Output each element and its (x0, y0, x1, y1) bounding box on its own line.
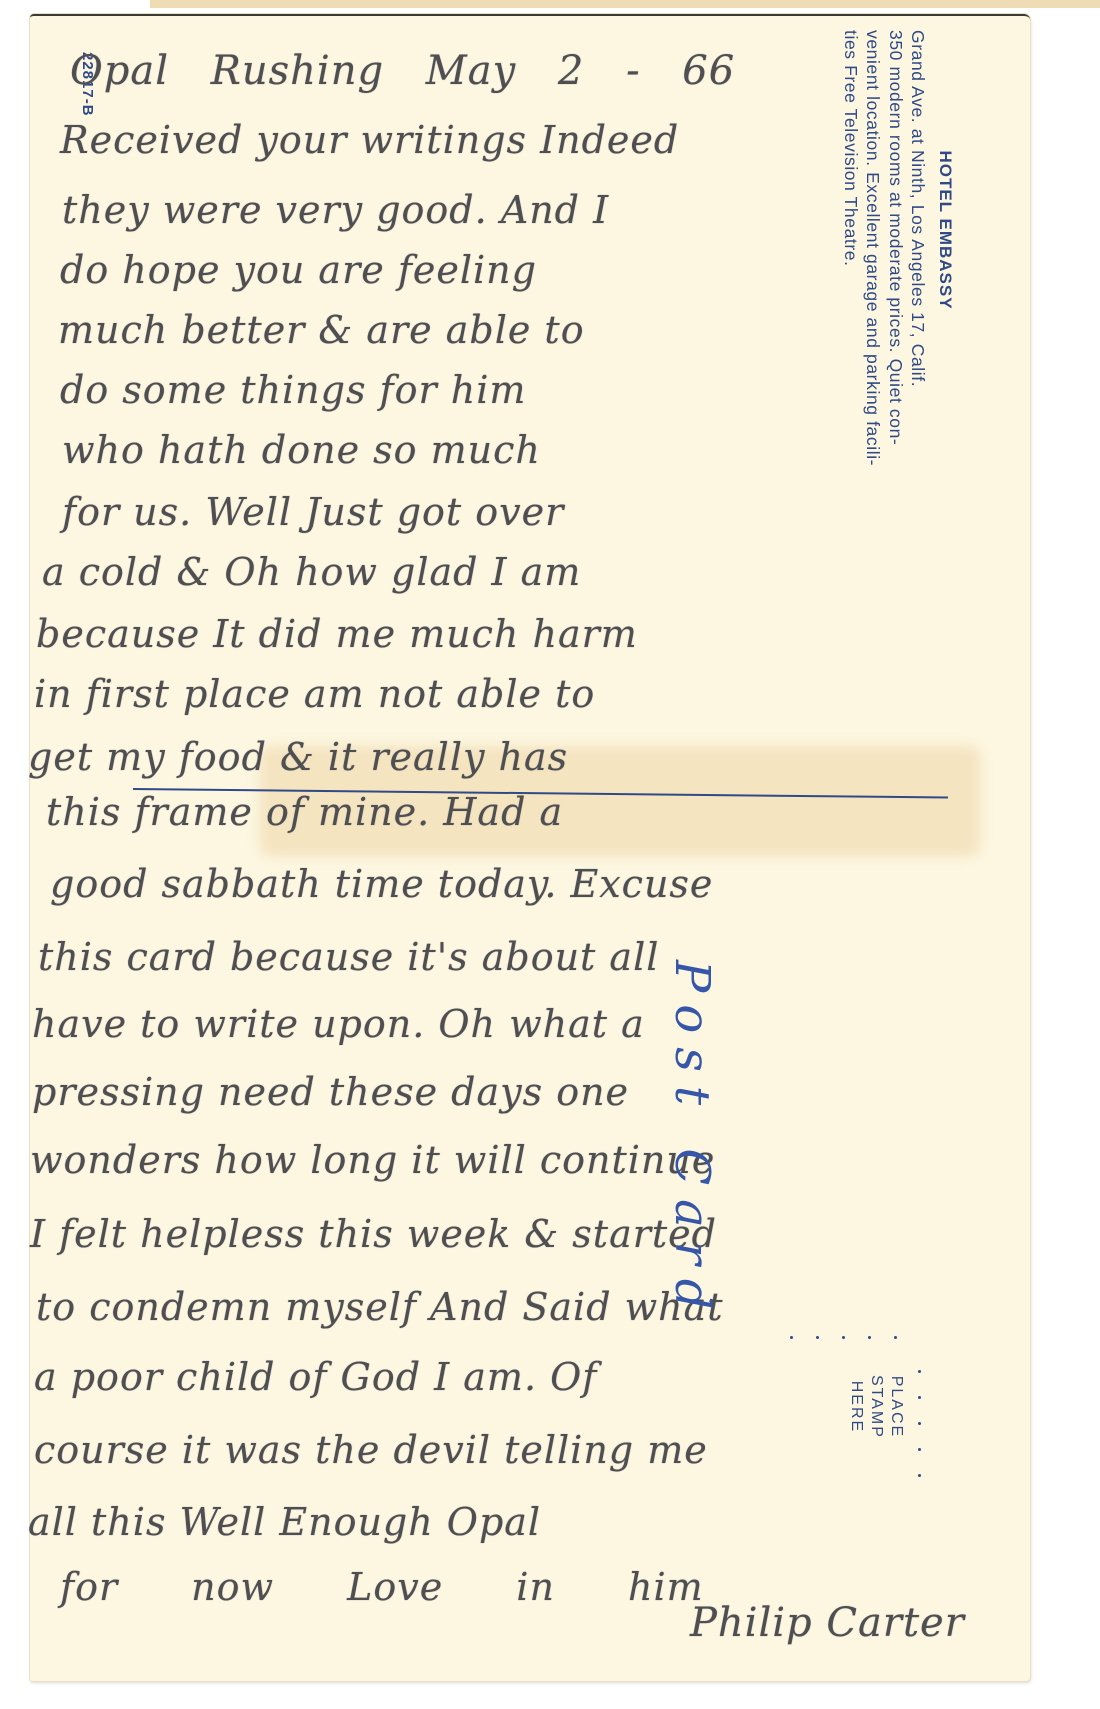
hotel-name: HOTEL EMBASSY (934, 30, 957, 430)
hotel-address-line: Grand Ave. at Ninth, Los Angeles 17, Cal… (907, 30, 930, 430)
handwriting-line: course it was the devil telling me (34, 1428, 708, 1472)
handwriting-signature: Philip Carter (690, 1600, 965, 1646)
handwriting-line: this card because it's about all (38, 935, 659, 979)
handwriting-line: good sabbath time today. Excuse (50, 862, 713, 906)
blue-annotation-post-card: Post Card (664, 960, 720, 1323)
handwriting-line: in first place am not able to (34, 672, 595, 716)
stamp-box-dotted-border (914, 1370, 928, 1480)
handwriting-line: pressing need these days one (32, 1070, 629, 1114)
handwriting-line: get my food & it really has (28, 735, 568, 779)
handwriting-line: do hope you are feeling (60, 248, 537, 292)
handwriting-line: much better & are able to (58, 308, 585, 352)
handwriting-line: to condemn myself And Said what (36, 1285, 724, 1329)
stamp-box-dotted-border-top (790, 1336, 930, 1340)
background-strip (150, 0, 1100, 8)
handwriting-line: I felt helpless this week & started (30, 1212, 717, 1256)
hotel-description-line: 350 modern rooms at moderate prices. Qui… (885, 30, 908, 430)
handwriting-line: because It did me much harm (36, 612, 638, 656)
handwriting-line: a poor child of God I am. Of (34, 1355, 597, 1399)
handwriting-line: they were very good. And I (62, 188, 609, 232)
handwriting-line: Received your writings Indeed (60, 118, 679, 162)
hotel-header: HOTEL EMBASSY Grand Ave. at Ninth, Los A… (840, 30, 957, 430)
hotel-description-line: venient location. Excellent garage and p… (862, 30, 885, 430)
hotel-description-line: ties Free Television Theatre. (840, 30, 863, 430)
handwriting-line: wonders how long it will continue (30, 1138, 715, 1182)
handwriting-line: a cold & Oh how glad I am (42, 550, 581, 594)
handwriting-line: Opal Rushing May 2 - 66 (70, 48, 735, 94)
stamp-label-stamp: STAMP (866, 1375, 886, 1439)
handwriting-line: for now Love in him (60, 1565, 704, 1609)
stamp-box-label: PLACE STAMP HERE (846, 1375, 906, 1439)
stamp-label-place: PLACE (886, 1375, 906, 1439)
handwriting-line: have to write upon. Oh what a (32, 1002, 645, 1046)
stamp-label-here: HERE (846, 1375, 866, 1439)
handwriting-line: this frame of mine. Had a (46, 790, 563, 834)
handwriting-line: do some things for him (60, 368, 526, 412)
handwriting-line: all this Well Enough Opal (28, 1500, 541, 1544)
handwriting-line: for us. Well Just got over (62, 490, 564, 534)
handwriting-line: who hath done so much (62, 428, 541, 472)
